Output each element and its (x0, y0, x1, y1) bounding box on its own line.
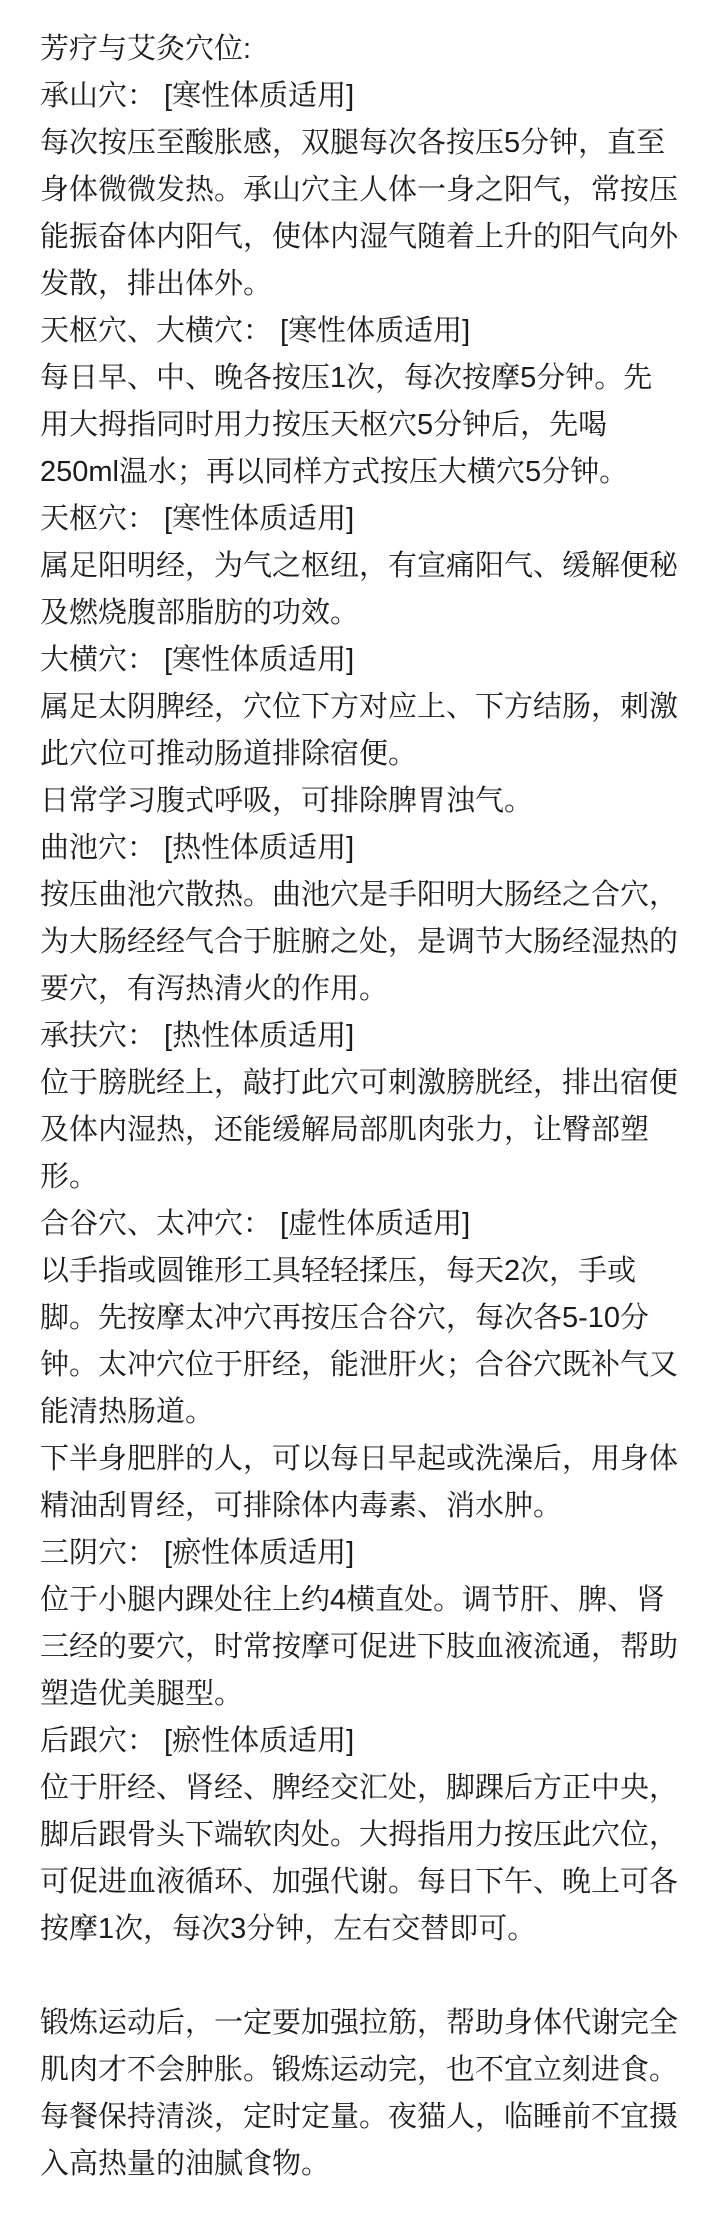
acupoint-heading: 天枢穴： [寒性体质适用] (40, 496, 680, 543)
acupoint-heading: 合谷穴、太冲穴： [虚性体质适用] (40, 1201, 680, 1248)
paragraph: 位于肝经、肾经、脾经交汇处，脚踝后方正中央，脚后跟骨头下端软肉处。大拇指用力按压… (40, 1765, 680, 1953)
acupoint-heading: 大横穴： [寒性体质适用] (40, 637, 680, 684)
paragraph: 位于小腿内踝处往上约4横直处。调节肝、脾、肾三经的要穴，时常按摩可促进下肢血液流… (40, 1577, 680, 1718)
paragraph: 锻炼运动后，一定要加强拉筋，帮助身体代谢完全肌肉才不会肿胀。锻炼运动完，也不宜立… (40, 2000, 680, 2188)
acupoint-heading: 天枢穴、大横穴： [寒性体质适用] (40, 308, 680, 355)
paragraph: 位于膀胱经上，敲打此穴可刺激膀胱经，排出宿便及体内湿热，还能缓解局部肌肉张力，让… (40, 1060, 680, 1201)
document-title: 芳疗与艾灸穴位: (40, 26, 680, 73)
paragraph: 日常学习腹式呼吸，可排除脾胃浊气。 (40, 778, 680, 825)
document: 芳疗与艾灸穴位: 承山穴： [寒性体质适用]每次按压至酸胀感，双腿每次各按压5分… (0, 0, 720, 2234)
paragraph: 下半身肥胖的人，可以每日早起或洗澡后，用身体精油刮胃经，可排除体内毒素、消水肿。 (40, 1436, 680, 1530)
acupoint-heading: 后跟穴： [瘀性体质适用] (40, 1718, 680, 1765)
acupoint-heading: 承山穴： [寒性体质适用] (40, 73, 680, 120)
acupoint-heading: 承扶穴： [热性体质适用] (40, 1013, 680, 1060)
paragraph: 按压曲池穴散热。曲池穴是手阳明大肠经之合穴，为大肠经经气合于脏腑之处，是调节大肠… (40, 872, 680, 1013)
paragraph-spacer (40, 1953, 680, 2000)
acupoint-heading: 三阴穴： [瘀性体质适用] (40, 1530, 680, 1577)
paragraph: 属足阳明经，为气之枢纽，有宣痛阳气、缓解便秘及燃烧腹部脂肪的功效。 (40, 543, 680, 637)
paragraph: 属足太阴脾经，穴位下方对应上、下方结肠，刺激此穴位可推动肠道排除宿便。 (40, 684, 680, 778)
acupoint-heading: 曲池穴： [热性体质适用] (40, 825, 680, 872)
paragraph: 每日早、中、晚各按压1次，每次按摩5分钟。先用大拇指同时用力按压天枢穴5分钟后，… (40, 355, 680, 496)
paragraph: 以手指或圆锥形工具轻轻揉压，每天2次，手或脚。先按摩太冲穴再按压合谷穴，每次各5… (40, 1248, 680, 1436)
document-body: 承山穴： [寒性体质适用]每次按压至酸胀感，双腿每次各按压5分钟，直至身体微微发… (40, 73, 680, 2188)
paragraph: 每次按压至酸胀感，双腿每次各按压5分钟，直至身体微微发热。承山穴主人体一身之阳气… (40, 120, 680, 308)
